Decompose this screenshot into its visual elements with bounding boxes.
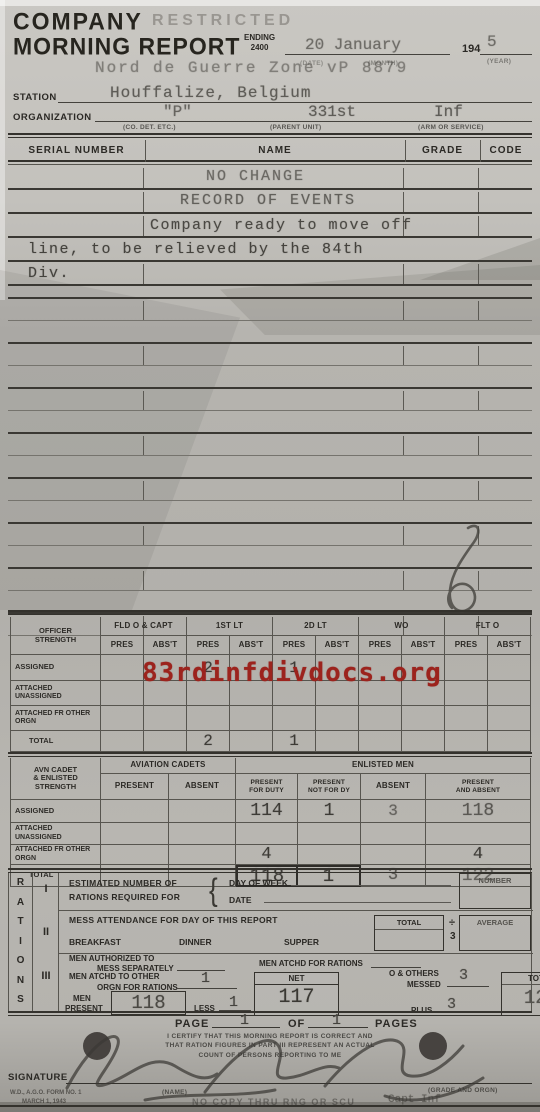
roster-entry-3: Company ready to move off — [150, 217, 413, 234]
officer-group-flto: FLT O — [445, 617, 531, 636]
shadow-top-edge — [0, 0, 540, 6]
divider — [478, 216, 479, 236]
s3-atchd-for-line — [371, 958, 421, 968]
enlisted-cell — [101, 823, 169, 845]
officer-cell — [359, 706, 402, 731]
divider — [403, 168, 404, 188]
s2-dinner: DINNER — [179, 937, 212, 947]
signature — [55, 1022, 495, 1104]
ending-label-time: 2400 — [251, 43, 269, 52]
divider — [478, 168, 479, 188]
s1-label-2: RATIONS REQUIRED FOR — [69, 892, 180, 902]
enlisted-cell: 118 — [426, 800, 531, 823]
watermark: 83rdinfdivdocs.org — [142, 658, 442, 688]
org-parent-value: 331st — [308, 103, 356, 121]
roster-entry-1: NO CHANGE — [206, 168, 305, 185]
s3-total-label: TOTAL — [502, 974, 540, 985]
enlisted-col-absent2: ABSENT — [361, 774, 426, 800]
morning-report-document: COMPANY MORNING REPORT RESTRICTED ENDING… — [0, 0, 540, 1112]
rations-section-2: MESS ATTENDANCE FOR DAY OF THIS REPORT B… — [59, 911, 533, 954]
roster-header-row: SERIAL NUMBER NAME GRADE CODE — [8, 140, 532, 162]
s1-date-line — [264, 891, 451, 903]
divider — [143, 481, 144, 500]
officer-cell: 2 — [187, 731, 230, 752]
divider — [403, 571, 404, 590]
enlisted-cell — [361, 845, 426, 865]
label: AND ABSENT — [456, 787, 500, 794]
station-label: STATION — [13, 92, 57, 103]
enlisted-cell — [169, 823, 236, 845]
enlisted-group-enlisted: ENLISTED MEN — [236, 758, 531, 774]
s3-other-value: 1 — [201, 970, 210, 987]
s2-supper: SUPPER — [284, 937, 319, 947]
letter: N — [17, 975, 24, 986]
enlisted-col-present: PRESENT — [101, 774, 169, 800]
blank-line — [8, 456, 532, 479]
officer-cell — [230, 731, 273, 752]
divider — [478, 436, 479, 455]
station-value: Houffalize, Belgium — [110, 84, 311, 102]
s1-label-1: ESTIMATED NUMBER OF — [69, 878, 177, 888]
officer-sub: PRES — [187, 636, 230, 655]
officer-cell — [445, 706, 488, 731]
s3-others-1: O & OTHERS — [389, 969, 439, 978]
s1-number-label: NUMBER — [460, 876, 530, 885]
enlisted-cell — [298, 823, 361, 845]
officer-row-label: ATTACHED FR OTHER ORGN — [11, 706, 101, 731]
officer-cell — [101, 731, 144, 752]
rations-numeral-1: I — [33, 883, 59, 895]
enlisted-cell — [169, 845, 236, 865]
divider — [143, 168, 144, 188]
org-arm-value: Inf — [434, 103, 463, 121]
month-sub: (MONTH) — [368, 60, 398, 67]
divider — [478, 301, 479, 320]
officer-sub: ABS'T — [144, 636, 187, 655]
zone-line: Nord de Guerre Zone vP 8879 — [95, 59, 408, 77]
s2-total-box: TOTAL — [374, 915, 444, 951]
roster-col-code: CODE — [480, 145, 532, 156]
org-sub-arm: (ARM OR SERVICE) — [418, 124, 484, 131]
blank-line — [8, 411, 532, 434]
blank-line — [8, 366, 532, 389]
roster-row-2: RECORD OF EVENTS — [8, 190, 532, 214]
s3-less-value: 1 — [229, 994, 238, 1011]
enlisted-group-cadets: AVIATION CADETS — [101, 758, 236, 774]
enlisted-cell — [361, 823, 426, 845]
divider — [403, 526, 404, 545]
ending-label-top: ENDING — [244, 33, 275, 42]
handwritten-mark — [430, 520, 490, 620]
officer-cell — [230, 706, 273, 731]
letter: I — [19, 936, 22, 947]
officer-group-wo: WO — [359, 617, 445, 636]
officer-group-fldo: FLD O & CAPT — [101, 617, 187, 636]
s2-divisor: 3 — [450, 931, 456, 942]
divider — [403, 391, 404, 410]
officer-cell — [445, 655, 488, 681]
officer-row-label: ASSIGNED — [11, 655, 101, 681]
officer-sub: PRES — [445, 636, 488, 655]
officer-cell — [144, 706, 187, 731]
enlisted-cell: 4 — [236, 845, 298, 865]
roster-col-serial: SERIAL NUMBER — [8, 145, 145, 156]
s2-average-box: AVERAGE — [459, 915, 531, 951]
divider — [143, 391, 144, 410]
letter: R — [17, 877, 24, 888]
rations-section-3: MEN AUTHORIZED TO MESS SEPARATELY MEN AT… — [59, 954, 533, 1011]
org-sub-co: (CO. DET. ETC.) — [123, 124, 176, 131]
letter: T — [17, 916, 23, 927]
officer-cell — [316, 731, 359, 752]
year-typed: 5 — [487, 33, 497, 51]
s3-net-box: NET 117 — [254, 972, 339, 1016]
rations-section-1: ESTIMATED NUMBER OF RATIONS REQUIRED FOR… — [59, 873, 533, 911]
roster-col-grade: GRADE — [405, 145, 480, 156]
s3-total-box: TOTAL 120 — [501, 972, 540, 1016]
enlisted-cell: 3 — [361, 800, 426, 823]
blank-line — [8, 321, 532, 344]
s1-brace: { — [209, 872, 218, 909]
divider — [143, 571, 144, 590]
blank-line — [8, 479, 532, 501]
divider — [478, 391, 479, 410]
s1-date-label: DATE — [229, 895, 252, 905]
date-value: 20 January — [305, 36, 401, 54]
blank-line — [8, 434, 532, 456]
org-sub-parent: (PARENT UNIT) — [270, 124, 321, 131]
s3-net-value: 117 — [255, 986, 338, 1009]
enlisted-cell: 1 — [298, 800, 361, 823]
divider — [143, 346, 144, 365]
year-printed: 194 — [462, 43, 480, 55]
bottom-border-rule — [0, 1105, 540, 1107]
roster-entry-2: RECORD OF EVENTS — [180, 192, 356, 209]
divider — [143, 436, 144, 455]
letter: A — [17, 897, 24, 908]
officer-cell — [445, 731, 488, 752]
officer-sub: ABS'T — [488, 636, 531, 655]
blank-line — [8, 276, 532, 299]
enlisted-row-label: ATTACHED FR OTHER ORGN — [11, 845, 101, 865]
officer-cell — [488, 681, 531, 706]
s3-atchd-for: MEN ATCHD FOR RATIONS — [259, 959, 363, 968]
rations-numeral-3: III — [33, 970, 59, 982]
enlisted-row-label: ATTACHED UNASSIGNED — [11, 823, 101, 845]
divider — [478, 346, 479, 365]
officer-title-2: STRENGTH — [35, 636, 76, 645]
blank-line — [8, 389, 532, 411]
s2-divide-symbol: ÷ — [449, 917, 455, 929]
officer-cell — [316, 706, 359, 731]
enlisted-col-present-duty: PRESENTFOR DUTY — [236, 774, 298, 800]
roster-header-underrule — [8, 164, 532, 165]
divider — [478, 481, 479, 500]
s3-auth-1: MEN AUTHORIZED TO — [69, 954, 154, 963]
rations-numeral-2: II — [33, 926, 59, 938]
officer-sub: ABS'T — [316, 636, 359, 655]
officer-cell — [488, 655, 531, 681]
officer-sub: ABS'T — [402, 636, 445, 655]
shadow-left-edge — [0, 0, 5, 300]
label: PRESENT — [250, 779, 282, 786]
officer-cell — [101, 706, 144, 731]
enlisted-cell — [236, 823, 298, 845]
divider — [403, 436, 404, 455]
s2-breakfast: BREAKFAST — [69, 937, 121, 947]
label: FOR DUTY — [249, 787, 284, 794]
s2-total-label: TOTAL — [375, 918, 443, 930]
roster-entries: NO CHANGE RECORD OF EVENTS Company ready… — [8, 166, 532, 286]
officer-cell — [144, 731, 187, 752]
officer-cell — [488, 706, 531, 731]
officer-bottom-rule — [8, 752, 532, 757]
officer-row-label: ATTACHED UNASSIGNED — [11, 681, 101, 706]
s3-other-1: MEN ATCHD TO OTHER — [69, 972, 160, 981]
enlisted-cell — [298, 845, 361, 865]
blank-line — [8, 299, 532, 321]
enlisted-col-present-notduty: PRESENTNOT FOR DY — [298, 774, 361, 800]
enlisted-title-3: STRENGTH — [35, 783, 76, 792]
enlisted-row-label: ASSIGNED — [11, 800, 101, 823]
enlisted-cell — [101, 800, 169, 823]
letter: O — [17, 955, 25, 966]
officer-cell — [187, 706, 230, 731]
s2-average-label: AVERAGE — [460, 918, 530, 927]
officer-cell — [402, 731, 445, 752]
officer-cell — [445, 681, 488, 706]
enlisted-cell: 114 — [236, 800, 298, 823]
blank-line — [8, 344, 532, 366]
divider — [143, 526, 144, 545]
roster-bottom-rule — [8, 610, 532, 615]
enlisted-cell: 4 — [426, 845, 531, 865]
s3-men-1: MEN — [73, 994, 91, 1003]
header-divider — [8, 133, 532, 138]
officer-sub: PRES — [359, 636, 402, 655]
ending-label: ENDING 2400 — [244, 33, 275, 53]
officer-cell — [273, 706, 316, 731]
year-sub: (YEAR) — [487, 58, 511, 65]
divider — [403, 346, 404, 365]
divider — [143, 216, 144, 236]
enlisted-col-present-absent: PRESENTAND ABSENT — [426, 774, 531, 800]
enlisted-cell — [169, 800, 236, 823]
officer-cell — [488, 731, 531, 752]
s2-title: MESS ATTENDANCE FOR DAY OF THIS REPORT — [69, 915, 278, 925]
roster-row-1: NO CHANGE — [8, 166, 532, 190]
enlisted-col-absent: ABSENT — [169, 774, 236, 800]
divider — [403, 481, 404, 500]
s3-others-2: MESSED — [407, 980, 441, 989]
s1-day-label: DAY OF WEEK — [229, 878, 288, 888]
officer-row-label: TOTAL — [11, 731, 101, 752]
enlisted-title: AVN CADET & ENLISTED STRENGTH — [11, 758, 101, 800]
label: PRESENT — [313, 779, 345, 786]
s1-day-line — [291, 874, 451, 886]
form-title-line2: MORNING REPORT — [13, 32, 240, 60]
org-co-value: "P" — [163, 103, 192, 121]
officer-group-1stlt: 1ST LT — [187, 617, 273, 636]
label: NOT FOR DY — [308, 787, 350, 794]
officer-sub: ABS'T — [230, 636, 273, 655]
officer-cell — [101, 681, 144, 706]
officer-cell: 1 — [273, 731, 316, 752]
roster-row-3: Company ready to move off — [8, 214, 532, 238]
s3-total-value: 120 — [502, 987, 540, 1009]
officer-title: OFFICER STRENGTH — [11, 617, 101, 655]
s1-number-box: NUMBER — [459, 873, 531, 909]
divider — [403, 301, 404, 320]
divider — [478, 192, 479, 212]
date-sub: (DATE) — [300, 60, 323, 67]
roster-row-4: line, to be relieved by the 84th — [8, 238, 532, 262]
officer-sub: PRES — [273, 636, 316, 655]
label: PRESENT — [462, 779, 494, 786]
divider — [403, 192, 404, 212]
roster-col-name: NAME — [145, 145, 405, 156]
roster-entry-4: line, to be relieved by the 84th — [28, 241, 364, 258]
officer-cell — [101, 655, 144, 681]
s3-others-value: 3 — [459, 967, 468, 984]
enlisted-cell — [101, 845, 169, 865]
organization-label: ORGANIZATION — [13, 112, 92, 123]
divider — [143, 192, 144, 212]
officer-group-2dlt: 2D LT — [273, 617, 359, 636]
restricted-stamp: RESTRICTED — [152, 12, 294, 30]
officer-cell — [359, 731, 402, 752]
enlisted-cell — [426, 823, 531, 845]
s3-net-label: NET — [255, 974, 338, 985]
divider — [143, 301, 144, 320]
rations-section: R A T I O N S I II III ESTIMATED NUMBER … — [8, 873, 532, 1011]
letter: S — [17, 994, 24, 1005]
rations-vertical-label: R A T I O N S — [9, 873, 33, 1011]
officer-cell — [402, 706, 445, 731]
officer-sub: PRES — [101, 636, 144, 655]
